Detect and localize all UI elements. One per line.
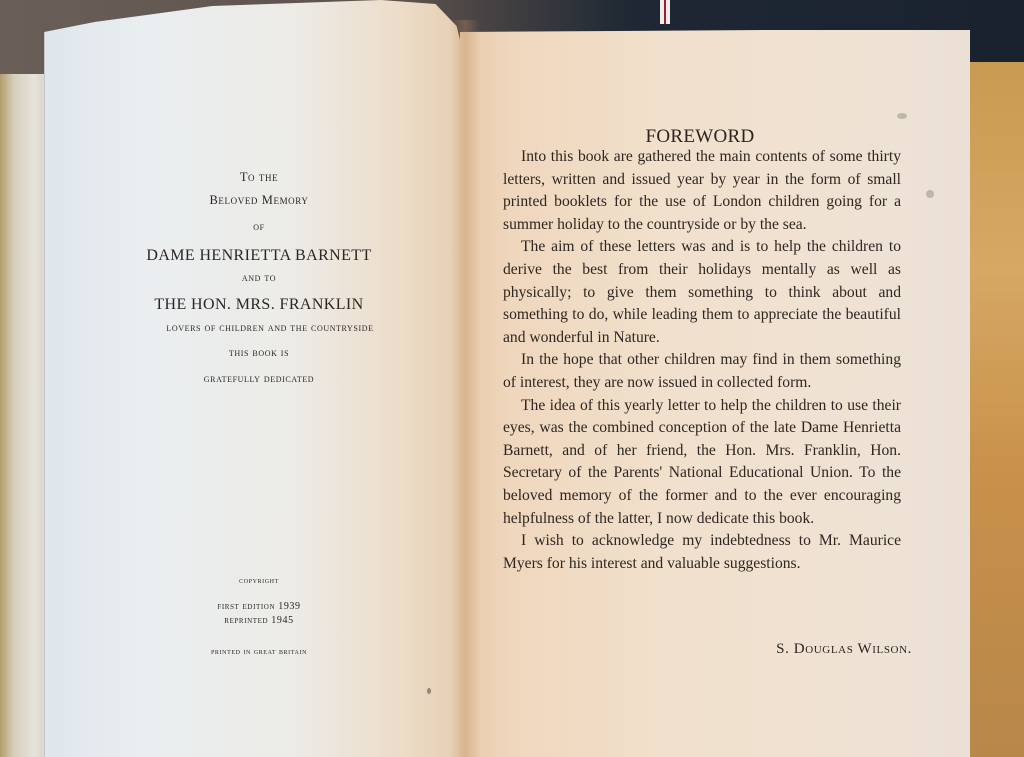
- foreword-paragraph: I wish to acknowledge my indebtedness to…: [503, 530, 901, 575]
- dedication-line: To the: [100, 170, 418, 185]
- printed-in: printed in great britain: [100, 646, 418, 656]
- paper-spot: [427, 688, 431, 694]
- book-cover-edge: [0, 74, 48, 757]
- paper-stain: [897, 113, 907, 119]
- dedication-name-barnett: DAME HENRIETTA BARNETT: [100, 247, 418, 265]
- foreword-paragraph: Into this book are gathered the main con…: [503, 146, 901, 236]
- reprinted: reprinted 1945: [100, 615, 418, 626]
- dedication-line: of: [100, 221, 418, 233]
- dedication-line: gratefully dedicated: [100, 373, 418, 385]
- dedication-line: Beloved Memory: [100, 193, 418, 208]
- dedication-name-franklin: THE HON. MRS. FRANKLIN: [100, 296, 418, 314]
- foreword-title: FOREWORD: [640, 126, 760, 148]
- book-gutter: [450, 20, 480, 757]
- foreword-paragraph: The idea of this yearly letter to help t…: [503, 395, 901, 531]
- bookmark-ribbon: [660, 0, 670, 24]
- author-signature: S. Douglas Wilson.: [752, 641, 912, 658]
- first-edition: first edition 1939: [100, 601, 418, 612]
- foreword-paragraph: The aim of these letters was and is to h…: [503, 236, 901, 349]
- dedication-line: lovers of children and the countryside: [120, 322, 420, 334]
- copyright-label: copyright: [100, 575, 418, 585]
- dedication-line: and to: [100, 272, 418, 284]
- paper-stain: [926, 190, 934, 198]
- foreword-body: Into this book are gathered the main con…: [503, 146, 901, 575]
- dedication-line: this book is: [100, 347, 418, 359]
- foreword-paragraph: In the hope that other children may find…: [503, 349, 901, 394]
